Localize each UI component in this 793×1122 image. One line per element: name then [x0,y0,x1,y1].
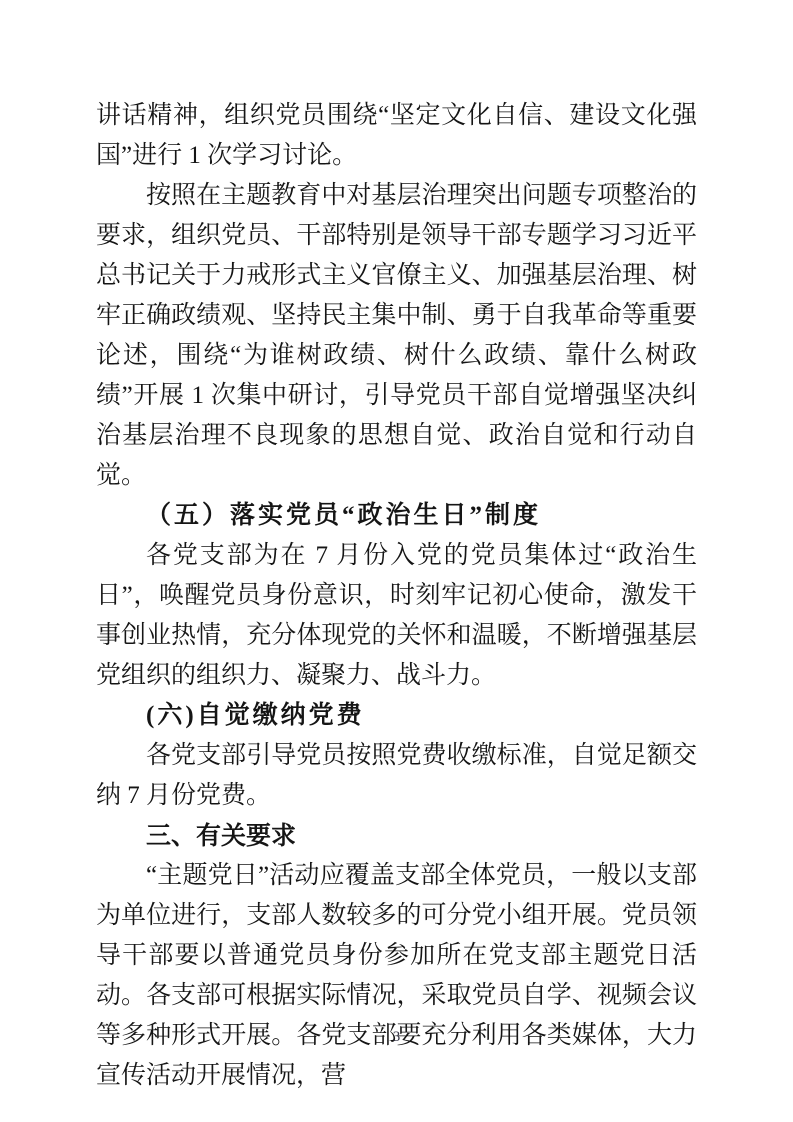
heading-section-3-requirements: 三、有关要求 [96,816,697,856]
document-page: 讲话精神，组织党员围绕“坚定文化自信、建设文化强国”进行 1 次学习讨论。 按照… [0,0,793,1122]
paragraph-party-dues: 各党支部引导党员按照党费收缴标准，自觉足额交纳 7 月份党费。 [96,736,697,816]
paragraph-special-rectification: 按照在主题教育中对基层治理突出问题专项整治的要求，组织党员、干部特别是领导干部专… [96,176,697,496]
paragraph-requirements: “主题党日”活动应覆盖支部全体党员，一般以支部为单位进行，支部人数较多的可分党小… [96,856,697,1096]
heading-section-6-party-dues: (六)自觉缴纳党费 [96,696,697,736]
paragraph-political-birthday: 各党支部为在 7 月份入党的党员集体过“政治生日”，唤醒党员身份意识，时刻牢记初… [96,536,697,696]
heading-section-5-political-birthday: （五）落实党员“政治生日”制度 [96,496,697,536]
paragraph-continuation: 讲话精神，组织党员围绕“坚定文化自信、建设文化强国”进行 1 次学习讨论。 [96,96,697,176]
page-number: 3 [0,1026,793,1048]
